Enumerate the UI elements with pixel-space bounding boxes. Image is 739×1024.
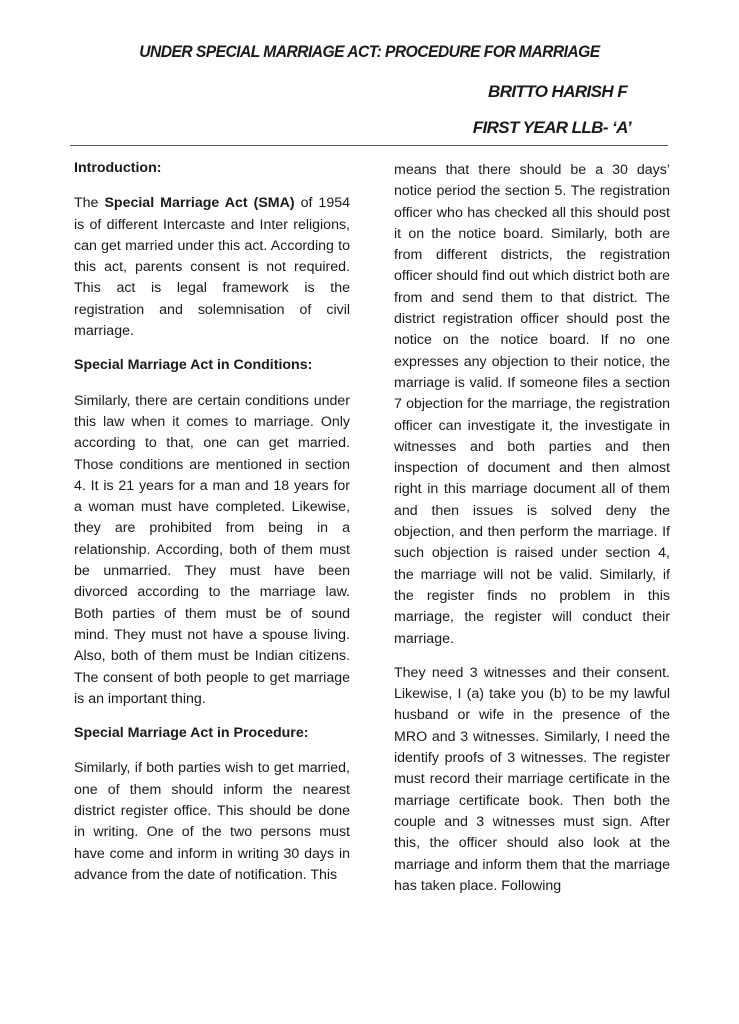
conditions-heading: Special Marriage Act in Conditions: — [74, 355, 350, 376]
right-column: means that there should be a 30 days’ no… — [394, 160, 670, 910]
author-name: BRITTO HARISH F — [488, 82, 627, 102]
intro-act-name: Special Marriage Act (SMA) — [104, 195, 294, 211]
intro-suffix: of 1954 is of different Intercaste and I… — [74, 195, 350, 339]
procedure-continued-paragraph: means that there should be a 30 days’ no… — [394, 160, 670, 650]
procedure-paragraph: Similarly, if both parties wish to get m… — [74, 758, 350, 886]
introduction-paragraph: The Special Marriage Act (SMA) of 1954 i… — [74, 193, 350, 342]
introduction-heading: Introduction: — [74, 158, 350, 179]
document-title: UNDER SPECIAL MARRIAGE ACT: PROCEDURE FO… — [30, 42, 710, 62]
procedure-heading: Special Marriage Act in Procedure: — [74, 723, 350, 744]
intro-prefix: The — [74, 195, 104, 211]
witnesses-paragraph: They need 3 witnesses and their consent.… — [394, 663, 670, 897]
author-class: FIRST YEAR LLB- ‘A’ — [473, 118, 631, 138]
conditions-paragraph: Similarly, there are certain conditions … — [74, 391, 350, 710]
header-divider — [70, 145, 668, 146]
left-column: Introduction: The Special Marriage Act (… — [74, 158, 350, 899]
